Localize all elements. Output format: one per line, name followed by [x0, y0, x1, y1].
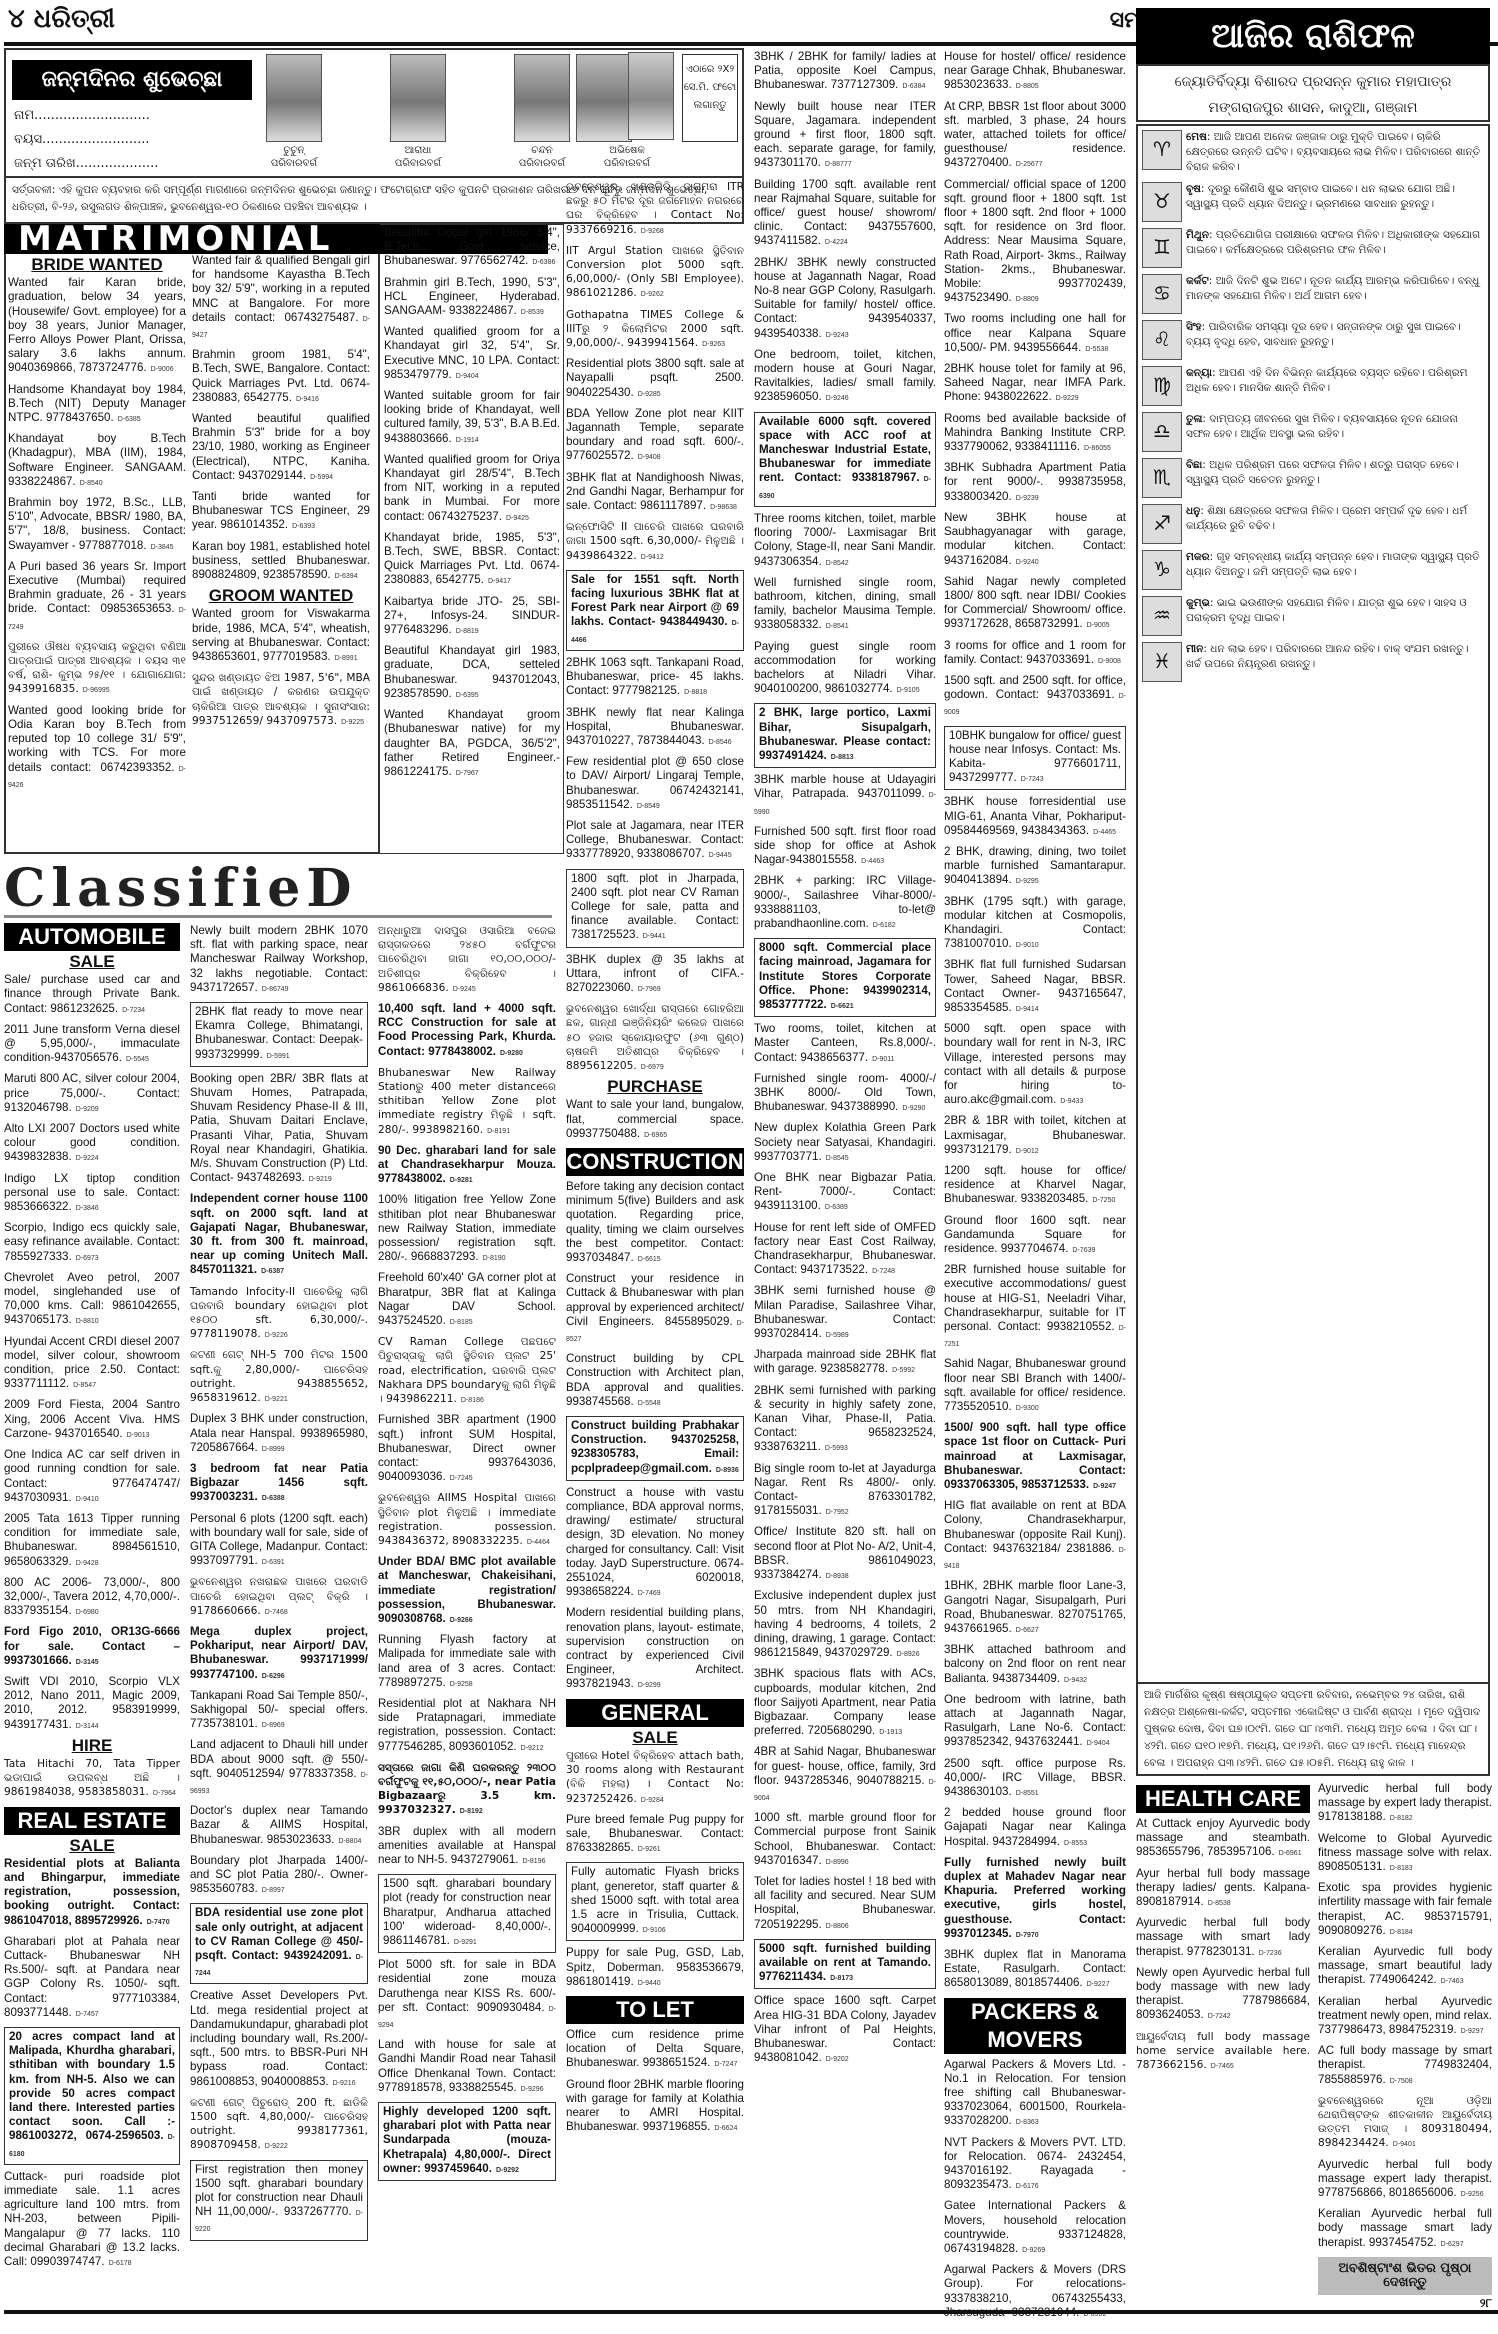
classified-ad: Residential plots at Balianta and Bhinga…	[4, 1857, 180, 1930]
classified-ad: 10,400 sqft. land + 4000 sqft. RCC Const…	[378, 1002, 556, 1061]
classified-ad: Construct building by CPL Construction w…	[566, 1352, 744, 1411]
classified-ad: Cuttack- puri roadside plot immediate sa…	[4, 2170, 180, 2271]
classified-ad: Office cum residence prime location of D…	[566, 2028, 744, 2073]
ad-code: D-7243	[1021, 776, 1044, 783]
classified-ad: Newly open Ayurvedic herbal full body ma…	[1136, 1966, 1310, 2025]
classified-ad: Sale/ purchase used car and finance thro…	[4, 973, 180, 1018]
classified-ad: 2BHK semi furnished with parking & secur…	[754, 1384, 936, 1457]
classified-ad: Brahmin girl B.Tech, 1990, 5'3", HCL Eng…	[384, 276, 560, 321]
ad-code: D-8804	[338, 1838, 361, 1845]
ad-text: 2011 June transform Verna diesel @ 5,95,…	[4, 1023, 180, 1064]
classified-ad: Ayurvedic herbal full body massage exper…	[1318, 2158, 1492, 2203]
bride-wanted-heading: BRIDE WANTED	[8, 258, 186, 272]
ad-text: 1500 sqft. gharabari boundary plot (read…	[383, 1877, 551, 1947]
classified-ad: Paying guest single room accommodation f…	[754, 640, 936, 699]
classified-ad: BDA residential use zone plot sale only …	[190, 1903, 368, 1984]
ad-text: HIG flat available on rent at BDA Colony…	[944, 1499, 1126, 1555]
classified-ad: 3BHK duplex @ 35 lakhs at Uttara, infron…	[566, 953, 744, 998]
classified-ad: Keralian herbal Ayurvedic treatment newl…	[1318, 1995, 1492, 2040]
zodiac-name: ବିଛା	[1186, 459, 1202, 471]
ad-code: D-8546	[709, 739, 732, 746]
ad-text: ଭୁବନେଶ୍ୱର ଖୋର୍ଦ୍ଧା ରାସ୍ତାରେ ଗୋହରିଆ ଛକ, ଗ…	[566, 1003, 744, 1072]
ad-code: D-6388	[262, 1495, 285, 1502]
classified-ad: Independent corner house 1100 sqft. on 2…	[190, 1192, 368, 1279]
classified-ad: Office space 1600 sqft. Carpet Area HIG-…	[754, 1994, 936, 2067]
classified-ad: Welcome to Global Ayurvedic fitness mass…	[1318, 1832, 1492, 1877]
classified-ad: Tankapani Road Sai Temple 850/-, Sakhigo…	[190, 1689, 368, 1734]
ad-code: D-8996	[826, 1859, 849, 1866]
classified-ad: Ground floor 1600 sqft. near Gandamunda …	[944, 1214, 1126, 1259]
ad-text: Keralian Ayurvedic full body massage, sm…	[1318, 1945, 1492, 1986]
classified-ad: 2011 June transform Verna diesel @ 5,95,…	[4, 1023, 180, 1068]
ad-code: D-9226	[265, 1332, 288, 1339]
classified-ad: ଭୁବନେଶ୍ୱର, ଖଣ୍ଡଗିରି, ଜାଗମରା ITR ଛକରୁ ୫୦ …	[566, 180, 744, 239]
general-sale-heading: SALE	[566, 1731, 744, 1745]
ad-code: D-6387	[261, 1268, 284, 1275]
classified-ad: ସୁନ୍ଦର ଖଣ୍ଡାୟତ ଝିଅ 1987, 5'6", MBA ପାଇଁ …	[192, 671, 370, 730]
ad-code: D-9410	[76, 1496, 99, 1503]
zodiac-icon: ♓	[1142, 642, 1182, 682]
ad-code: D-9008	[1098, 658, 1121, 665]
ad-code: D-9261	[638, 1846, 661, 1853]
classified-ad: One bedroom with latrine, bath attach at…	[944, 1693, 1126, 1752]
ad-text: 8000 sqft. Commercial place facing mainr…	[759, 941, 931, 1011]
ad-code: D-86749	[262, 986, 289, 993]
ad-code: D-7247	[714, 2061, 737, 2068]
ad-code: D-9010	[1016, 942, 1039, 949]
ad-code: D-9229	[1056, 395, 1079, 402]
ad-code: D-9246	[826, 395, 849, 402]
classified-ad: At Cuttack enjoy Ayurvedic body massage …	[1136, 1817, 1310, 1862]
classified-ad: Land with house for sale at Gandhi Mandi…	[378, 2038, 556, 2097]
ad-code: D-9268	[641, 228, 664, 235]
general-banner: GENERAL	[566, 1699, 744, 1727]
classified-ad: Beautiful Gopal girl 1986/ 5'4", B.Tech.…	[384, 226, 560, 271]
zodiac-sign-7: ♎ତୁଳା: ଦାମ୍ପତ୍ୟ ଜୀବନରେ ସୁଖ ମିଳିବ। ବ୍ୟବସା…	[1142, 412, 1484, 452]
ad-code: D-6395	[456, 692, 479, 699]
ad-code: D-9011	[872, 1056, 894, 1063]
classified-ad: Kaibartya bride JTO- 25, SBI- 27+, Infos…	[384, 595, 560, 640]
ad-text: Khandayat bride, 1985, 5'3", B.Tech, SWE…	[384, 531, 560, 587]
ad-text: Fully furnished newly built duplex at Ma…	[944, 1856, 1126, 1940]
zodiac-icon: ♊	[1142, 228, 1182, 268]
ad-code: D-9408	[638, 454, 661, 461]
ad-code: D-7639	[1072, 1247, 1095, 1254]
ad-text: ଅନ୍ଧାରୁଆ ଦାସପୁର ଓସାରିଆ ବଜେଇ ରାସ୍ତାକଡରେ ୨…	[378, 925, 556, 994]
ad-text: Keralian Ayurvedic herbal full body mass…	[1318, 2207, 1492, 2248]
to-let-col-b: 3BHK / 2BHK for family/ ladies at Patia,…	[754, 50, 936, 2072]
ad-code: D-5538	[1085, 346, 1108, 353]
classified-ad: Beautiful Khandayat girl 1983, graduate,…	[384, 644, 560, 703]
ad-code: D-8806	[826, 1923, 849, 1930]
classified-ad: Karan boy 1981, established hotel busine…	[192, 540, 370, 585]
zodiac-text: ଦୂରରୁ କୌଣସି ଶୁଭ ସମ୍ବାଦ ପାଇବେ। ଧନ ଲାଭର ଯୋ…	[1186, 183, 1455, 210]
classified-ad: 3 rooms for office and 1 room for family…	[944, 639, 1126, 669]
ad-code: D-9263	[702, 341, 725, 348]
classified-ad: Personal 6 plots (1200 sqft. each) with …	[190, 1512, 368, 1571]
zodiac-icon: ♌	[1142, 320, 1182, 360]
ad-code: D-7236	[1259, 1950, 1282, 1957]
zodiac-icon: ♈	[1142, 130, 1182, 170]
zodiac-sign-1: ♈ମେଷ: ଆଜି ଆପଣ ଅନେକ ଜଞ୍ଜାଳ ଠାରୁ ମୁକ୍ତି ପା…	[1142, 130, 1484, 176]
classified-ad: Two rooms, toilet, kitchen at Master Can…	[754, 1022, 936, 1067]
ad-code: D-6385	[118, 416, 141, 423]
classified-ad: 1800 sqft. plot in Jharpada, 2400 sqft. …	[566, 869, 744, 948]
ad-text: Office space 1600 sqft. Carpet Area HIG-…	[754, 1994, 936, 2064]
ad-text: Two rooms, toilet, kitchen at Master Can…	[754, 1022, 936, 1063]
zodiac-sign-11: ♒କୁମ୍ଭ: ଭାଇ ଭଉଣୀଙ୍କ ସହଯୋଗ ମିଳିବ। ଯାତ୍ରା …	[1142, 596, 1484, 636]
ad-code: D-6979	[641, 1064, 664, 1071]
ad-code: D-6393	[292, 523, 315, 530]
classified-ad: Wanted beautiful qualified Brahmin 5'3" …	[192, 412, 370, 485]
ad-text: Construct a house with vastu compliance,…	[566, 1486, 744, 1598]
ad-code: D-6389	[825, 1204, 848, 1211]
classified-ad: Alto LXI 2007 Doctors used white colour …	[4, 1122, 180, 1167]
ad-text: 2BHK semi furnished with parking & secur…	[754, 1384, 936, 1454]
classified-ad: Ayurvedic herbal full body massage by ex…	[1318, 1782, 1492, 1827]
ad-code: D-6394	[335, 573, 358, 580]
classified-ad: One bedroom, toilet, kitchen, modern hou…	[754, 348, 936, 407]
ad-text: Handsome Khandayat boy 1984, B.Tech (NIT…	[8, 383, 186, 424]
photo-caption-3: ଚନ୍ଦନପରିବାରବର୍ଗ	[502, 144, 582, 170]
ad-code: D-7952	[826, 1509, 849, 1516]
zodiac-sign-10: ♑ମକର: ଗୃହ ସମ୍ବନ୍ଧୀୟ କାର୍ଯ୍ୟ ସମ୍ପନ୍ନ ହେବ।…	[1142, 550, 1484, 590]
ad-text: 2BHK + parking: IRC Village- 9000/-, Sai…	[754, 874, 936, 930]
classified-ad: A Puri based 36 years Sr. Import Executi…	[8, 560, 186, 635]
classified-ad: Swift VDI 2010, Scorpio VLX 2012, Nano 2…	[4, 1675, 180, 1734]
ad-code: D-9281	[450, 1177, 473, 1184]
classified-ad: Plot 5000 sft. for sale in BDA residenti…	[378, 1958, 556, 2033]
ad-code: D-9216	[333, 2080, 356, 2087]
ad-code: D-9425	[506, 515, 529, 522]
classified-ad: Modern residential building plans, renov…	[566, 1606, 744, 1693]
ad-code: D-9227	[1087, 1981, 1110, 1988]
automobile-banner: AUTOMOBILE	[4, 923, 180, 951]
ad-code: D-9243	[826, 332, 849, 339]
birthday-title: ଜନ୍ମଦିନର ଶୁଭେଚ୍ଛା	[12, 60, 252, 100]
ad-code: D-9292	[496, 2167, 519, 2174]
classified-ad: 2BHK 1063 sqft. Tankapani Road, Bhubanes…	[566, 656, 744, 701]
ad-text: Residential plots at Balianta and Bhinga…	[4, 1857, 180, 1927]
ad-code: D-9269	[1022, 2247, 1045, 2254]
zodiac-text: ଆଜି ଦିନଟି ଶୁଭ ଅଟେ। ନୂତନ କାର୍ଯ୍ୟ ଆରମ୍ଭ କର…	[1186, 275, 1479, 302]
ad-code: D-6296	[262, 1673, 285, 1680]
ad-text: At CRP, BBSR 1st floor about 3000 sft. m…	[944, 100, 1126, 170]
ad-code: D-9240	[1016, 559, 1039, 566]
ad-text: Newly built house near ITER Square, Jaga…	[754, 100, 936, 170]
ad-code: D-4463	[861, 858, 884, 865]
classified-ad: 3BHK marble house at Udayagiri Vihar, Pa…	[754, 773, 936, 820]
ad-code: D-8819	[456, 628, 479, 635]
classified-ad: HIG flat available on rent at BDA Colony…	[944, 1499, 1126, 1574]
classified-ad: 1000 sft. marble ground floor for Commer…	[754, 1811, 936, 1870]
ad-text: Wanted beautiful qualified Brahmin 5'3" …	[192, 412, 370, 482]
classified-ad: Wanted fair & qualified Bengali girl for…	[192, 254, 370, 343]
ad-code: D-9105	[897, 687, 920, 694]
ad-code: D-9212	[521, 1745, 544, 1752]
zodiac-name: ମକର	[1186, 551, 1210, 563]
zodiac-icon: ♎	[1142, 412, 1182, 452]
classified-ad: Tolet for ladies hostel ! 18 bed with al…	[754, 1875, 936, 1934]
ad-code: D-8183	[1390, 1865, 1413, 1872]
classified-ad: 2BHK/ 3BHK newly constructed house at Ja…	[754, 256, 936, 343]
ad-code: D-9433	[1060, 1098, 1083, 1105]
classified-ad: Fully furnished newly built duplex at Ma…	[944, 1856, 1126, 1943]
ad-code: D-5994	[310, 474, 333, 481]
zodiac-name: ମୀନ	[1186, 643, 1203, 655]
classified-ad: One BHK near Bigbazar Patia. Rent- 7000/…	[754, 1171, 936, 1216]
ad-code: D-9432	[1064, 1677, 1087, 1684]
panchang: ଆଜି ମାର୍ଗଶିର କୃଷ୍ଣ ଷଷ୍ଠୀଯୁକ୍ତ ସପ୍ତମୀ ରବି…	[1136, 1684, 1490, 1776]
ad-code: D-9404	[1087, 1740, 1110, 1747]
ad-text: 2BHK/ 3BHK newly constructed house at Ja…	[754, 256, 936, 340]
ad-code: D-98638	[710, 504, 737, 511]
classified-ad: Khandayat boy B.Tech (Khadagpur), MBA (I…	[8, 432, 186, 491]
classified-ad: 1500 sqft. and 2500 sqft. for office, go…	[944, 674, 1126, 721]
ad-text: Wanted Khandayat groom (Bhubaneswar nati…	[384, 708, 560, 778]
zodiac-text: ପ୍ରତିଯୋଗିତା ପରୀକ୍ଷାରେ ସଫଳତା ମିଳିବ। ଅଧିକା…	[1186, 229, 1480, 256]
ad-code: D-86055	[1084, 445, 1111, 452]
name-field: ନାମ............................	[14, 108, 150, 123]
ad-text: Independent corner house 1100 sqft. on 2…	[190, 1192, 368, 1276]
classified-ad: 3BHK attached bathroom and balcony on 2n…	[944, 1643, 1126, 1688]
ad-text: House for rent left side of OMFED factor…	[754, 1221, 936, 1277]
to-let-banner: TO LET	[566, 1996, 744, 2024]
ad-code: D-8539	[521, 309, 544, 316]
ad-code: D-9266	[450, 1617, 473, 1624]
classified-ad: Brahmin groom 1981, 5'4", B.Tech, SWE, B…	[192, 348, 370, 407]
photo-slot: ଏଠାରେ ୨X୨ ସେ.ମି. ଫଟୋ ଲଗାନ୍ତୁ	[682, 54, 738, 142]
ad-code: D-8185	[450, 1319, 473, 1326]
see-inside-note: ଅବଶିଷ୍ଟାଂଶ ଭିତର ପୃଷ୍ଠା ଦେଖନ୍ତୁ	[1318, 2257, 1492, 2295]
photo-caption-1: ଚୁଚୁନ୍ପରିବାରବର୍ଗ	[254, 144, 334, 170]
ad-code: D-7465	[1211, 2063, 1234, 2070]
classified-ad: Wanted good looking bride for Odia Karan…	[8, 704, 186, 793]
ad-code: D-8540	[80, 480, 103, 487]
classified-ad: Tanti bride wanted for Bhubaneswar TCS E…	[192, 490, 370, 535]
purchase-heading: PURCHASE	[566, 1080, 744, 1094]
zodiac-text: ଧନ ଲାଭ ହେବ। ପରିବାରରେ ଆନନ୍ଦ ରହିବ। ବାକ୍ ସଂ…	[1186, 643, 1468, 670]
ad-code: D-6297	[1441, 2241, 1464, 2248]
classified-ad: New duplex Kolathia Green Park Society n…	[754, 1121, 936, 1166]
classified-ad: 3BHK newly flat near Kalinga Hospital, B…	[566, 706, 744, 751]
classified-ad: ଅନ୍ଧାରୁଆ ଦାସପୁର ଓସାରିଆ ବଜେଇ ରାସ୍ତାକଡରେ ୨…	[378, 924, 556, 997]
classified-ad: 2500 sqft. office purpose Rs. 40,000/- I…	[944, 1757, 1126, 1802]
classified-ad: Furnished 3BR apartment (1900 sqft.) inf…	[378, 1413, 556, 1486]
ad-code: D-7242	[1208, 2013, 1231, 2020]
ad-text: 2BHK house tolet for family at 96, Sahee…	[944, 362, 1126, 403]
ad-code: D-9005	[1087, 622, 1110, 629]
classified-ad: CV Raman College ପଛପଟେ ପିଚୁରାସ୍ତାକୁ ଲାଗି…	[378, 1335, 556, 1408]
ad-text: Booking open 2BR/ 3BR flats at Shuvam Ho…	[190, 1072, 368, 1184]
zodiac-name: ଧନୁ	[1186, 505, 1200, 517]
classified-ad: Bhubaneswar New Railway Stationରୁ 400 me…	[378, 1066, 556, 1139]
ad-code: D-9221	[265, 1396, 288, 1403]
ad-code: D-7967	[456, 770, 479, 777]
ad-code: D-6980	[76, 1609, 99, 1616]
ad-code: D-7463	[1441, 1978, 1464, 1985]
classified-ad: 8000 sqft. Commercial place facing mainr…	[754, 938, 936, 1017]
classified-ad: Construct your residence in Cuttack & Bh…	[566, 1272, 744, 1347]
zodiac-text: ଦାମ୍ପତ୍ୟ ଜୀବନରେ ସୁଖ ମିଳିବ। ବ୍ୟବସାୟରେ ନୂତ…	[1186, 413, 1458, 440]
ad-text: 1500 sqft. and 2500 sqft. for office, go…	[944, 674, 1126, 701]
ad-code: D-9401	[1393, 2141, 1416, 2148]
classified-ad: Sahid Nagar, Bhubaneswar ground floor ne…	[944, 1357, 1126, 1416]
ad-code: D-6391	[262, 1559, 285, 1566]
ad-code: D-9209	[76, 1106, 99, 1113]
classified-ad: 3BHK Subhadra Apartment Patia for rent 9…	[944, 461, 1126, 506]
ad-code: D-9291	[454, 1939, 477, 1946]
classified-ad: Building 1700 sqft. available rent near …	[754, 178, 936, 251]
ad-text: Ayurvedic herbal full body massage with …	[1136, 1916, 1310, 1957]
ad-text: Brahmin groom 1981, 5'4", B.Tech, SWE, B…	[192, 348, 370, 404]
packers-col: HEALTH CARE At Cuttack enjoy Ayurvedic b…	[1136, 1782, 1310, 2079]
ad-text: Commercial/ official space of 1200 sqft.…	[944, 178, 1126, 305]
ad-code: D-8813	[831, 754, 854, 761]
ad-code: D-9225	[341, 719, 364, 726]
classified-ad: First registration then money 1500 sqft.…	[190, 2160, 368, 2241]
ad-text: 2 bedded house ground floor Gajapati Nag…	[944, 1806, 1126, 1847]
classified-ad: Newly built house near ITER Square, Jaga…	[754, 100, 936, 173]
classified-ad: Residential plots 3800 sqft. sale at Nay…	[566, 357, 744, 402]
zodiac-name: କର୍କଟ	[1186, 275, 1209, 287]
ad-code: D-8810	[76, 1318, 99, 1325]
classified-ad: Sahid Nagar newly completed 1800/ 800 sq…	[944, 575, 1126, 634]
auto-sale-heading: SALE	[4, 955, 180, 969]
matrimonial-col-2: Wanted fair & qualified Bengali girl for…	[192, 254, 370, 735]
classified-ad: Boundary plot Jharpada 1400/- and SC plo…	[190, 1854, 368, 1899]
ad-text: Building 1700 sqft. available rent near …	[754, 178, 936, 248]
classified-ad: Two rooms including one hall for office …	[944, 312, 1126, 357]
ad-text: Construct your residence in Cuttack & Bh…	[566, 1272, 744, 1328]
classified-ad: Under BDA/ BMC plot available at Manches…	[378, 1555, 556, 1628]
ad-code: D-1914	[456, 437, 479, 444]
ad-code: D-9296	[521, 2086, 544, 2093]
classified-ad: 3BHK flat at Nandighoosh Niwas, 2nd Gand…	[566, 471, 744, 516]
classified-ad: Ayurvedic herbal full body massage with …	[1136, 1916, 1310, 1961]
ad-code: D-8547	[73, 1382, 96, 1389]
ad-code: D-6624	[714, 2125, 737, 2132]
ad-code: D-8191	[487, 1128, 510, 1135]
matrimonial-col-3: Beautiful Gopal girl 1986/ 5'4", B.Tech.…	[384, 226, 560, 786]
classified-ad: 100% litigation free Yellow Zone sthitib…	[378, 1193, 556, 1266]
zodiac-name: ସିଂହ	[1186, 321, 1202, 333]
health-col-b: Ayurvedic herbal full body massage by ex…	[1318, 1782, 1492, 2295]
zodiac-icon: ♐	[1142, 504, 1182, 544]
ad-text: Construct building Prabhakar Constructio…	[571, 1419, 739, 1475]
ad-code: D-4465	[1093, 829, 1116, 836]
construction-banner: CONSTRUCTION	[566, 1148, 744, 1176]
classified-ad: Wanted groom for Viswakarma bride, 1986,…	[192, 607, 370, 666]
ad-text: Exclusive independent duplex just 50 mtr…	[754, 1589, 936, 1659]
ad-code: D-3846	[76, 1205, 99, 1212]
ad-code: D-9404	[456, 373, 479, 380]
classified-ad: Wanted Khandayat groom (Bhubaneswar nati…	[384, 708, 560, 781]
photo-4	[576, 54, 632, 142]
ad-text: 2BHK 1063 sqft. Tankapani Road, Bhubanes…	[566, 656, 744, 697]
ad-text: 4BR at Sahid Nagar, Bhubaneswar for gues…	[754, 1745, 936, 1786]
zodiac-name: ବୃଷ	[1186, 183, 1201, 195]
classified-ad: 2BR & 1BR with toilet, kitchen at Laxmis…	[944, 1114, 1126, 1159]
classified-ad: 3BHK spacious flats with ACs, cupboards,…	[754, 1667, 936, 1740]
classified-ad: Rooms bed available backside of Mahindra…	[944, 412, 1126, 457]
zodiac-icon: ♋	[1142, 274, 1182, 314]
ad-code: D-9417	[488, 578, 511, 585]
ad-code: D-6386	[532, 259, 555, 266]
ad-text: 3BHK marble house at Udayagiri Vihar, Pa…	[754, 773, 936, 800]
classified-ad: Pure breed female Pug puppy for sale, Bh…	[566, 1813, 744, 1858]
ad-code: D-5993	[825, 1445, 848, 1452]
classified-ad: Booking open 2BR/ 3BR flats at Shuvam Ho…	[190, 1072, 368, 1188]
ad-code: D-8553	[1064, 1840, 1087, 1847]
ad-code: D-6627	[1016, 1627, 1039, 1634]
ad-code: D-6178	[109, 2260, 132, 2267]
rashifal-author: ଜ୍ୟୋତିର୍ବିଦ୍ୟା ବିଶାରଦ ପ୍ରସନ୍ନ କୁମାର ମହାପ…	[1136, 64, 1490, 122]
classified-ad: Mega duplex project, Pokhariput, near Ai…	[190, 1625, 368, 1684]
ad-code: D-8542	[826, 560, 849, 567]
classified-ad: 3BHK (1795 sqft.) with garage, modular k…	[944, 895, 1126, 954]
classified-ad: Land adjacent to Dhauli hill under BDA a…	[190, 1738, 368, 1799]
classified-ad: Indigo LX tiptop condition personal use …	[4, 1172, 180, 1217]
classified-ad: 3BHK house forresidential use MIG-61, An…	[944, 795, 1126, 840]
ad-code: D-8936	[716, 1467, 739, 1474]
ad-code: D-6615	[638, 1256, 661, 1263]
ad-code: D-8809	[1016, 296, 1039, 303]
page-label: ୪ ଧରିତ୍ରୀ	[8, 4, 115, 35]
classified-ad: 2009 Ford Fiesta, 2004 Santro Xing, 2006…	[4, 1398, 180, 1443]
ad-code: D-8969	[262, 1722, 285, 1729]
photo-5	[628, 52, 674, 140]
classified-ad: 10BHK bungalow for office/ guest house n…	[944, 726, 1126, 791]
classified-ad: Newly built modern 2BHK 1070 sft. flat w…	[190, 924, 368, 997]
ad-code: D-9262	[641, 291, 664, 298]
ad-code: D-9299	[638, 1682, 661, 1689]
classified-ad: Scorpio, Indigo ecs quickly sale, easy r…	[4, 1221, 180, 1266]
zodiac-sign-8: ♏ବିଛା: ଅଧିକ ପରିଶ୍ରମ ପରେ ସଫଳତା ମିଳିବ। ଶତ୍…	[1142, 458, 1484, 498]
classified-ad: Tata Hitachi 70, Tata Tipper ଭଡାପାଇଁ ଉପଲ…	[4, 1757, 180, 1802]
ad-text: Creative Asset Developers Pvt. Ltd. mega…	[190, 1989, 368, 2087]
classified-ad: ଭୁବନେଶ୍ୱର ଖୋର୍ଦ୍ଧା ରାସ୍ତାରେ ଗୋହରିଆ ଛକ, ଗ…	[566, 1002, 744, 1075]
classified-ad: Doctor's duplex near Tamando Bazar & AII…	[190, 1804, 368, 1849]
photo-1	[266, 54, 322, 142]
rashifal-title: ଆଜିର ରାଶିଫଳ	[1136, 8, 1490, 64]
ad-code: D-6621	[831, 1003, 854, 1010]
ad-text: 3BHK attached bathroom and balcony on 2n…	[944, 1643, 1126, 1684]
ad-code: D-5548	[638, 1400, 661, 1407]
ad-code: D-9224	[76, 1155, 99, 1162]
zodiac-icon: ♏	[1142, 458, 1182, 498]
classified-ad: Furnished 500 sqft. first floor road sid…	[754, 825, 936, 870]
ad-code: D-8551	[1016, 1790, 1039, 1797]
ad-code: D-9245	[453, 986, 476, 993]
zodiac-name: କନ୍ୟା	[1186, 367, 1212, 379]
zodiac-text: ଭାଇ ଭଉଣୀଙ୍କ ସହଯୋଗ ମିଳିବ। ଯାତ୍ରା ଶୁଭ ହେବ।…	[1186, 597, 1467, 624]
ad-code: D-4224	[825, 239, 848, 246]
ad-text: CV Raman College ପଛପଟେ ପିଚୁରାସ୍ତାକୁ ଲାଗି…	[378, 1336, 556, 1405]
classified-ad: Running Flyash factory at Malipada for i…	[378, 1633, 556, 1692]
ad-text: Available 6000 sqft. covered space with …	[759, 415, 931, 485]
zodiac-sign-5: ♌ସିଂହ: ପାରିବାରିକ ସମସ୍ୟା ଦୂର ହେବ। ସନ୍ତାନଙ…	[1142, 320, 1484, 360]
classified-ad: Ayur herbal full body massage therapy la…	[1136, 1867, 1310, 1912]
ad-code: D-7234	[122, 1007, 145, 1014]
classified-ad: Freehold 60'x40' GA corner plot at Bhara…	[378, 1271, 556, 1330]
ad-code: D-6973	[76, 1255, 99, 1262]
ad-code: D-9290	[902, 1105, 925, 1112]
ad-text: Wanted fair & qualified Bengali girl for…	[192, 254, 370, 324]
ad-code: D-9297	[1461, 2028, 1484, 2035]
classified-ad: Maruti 800 AC, silver colour 2004, price…	[4, 1072, 180, 1117]
ad-text: Tanti bride wanted for Bhubaneswar TCS E…	[192, 490, 370, 531]
